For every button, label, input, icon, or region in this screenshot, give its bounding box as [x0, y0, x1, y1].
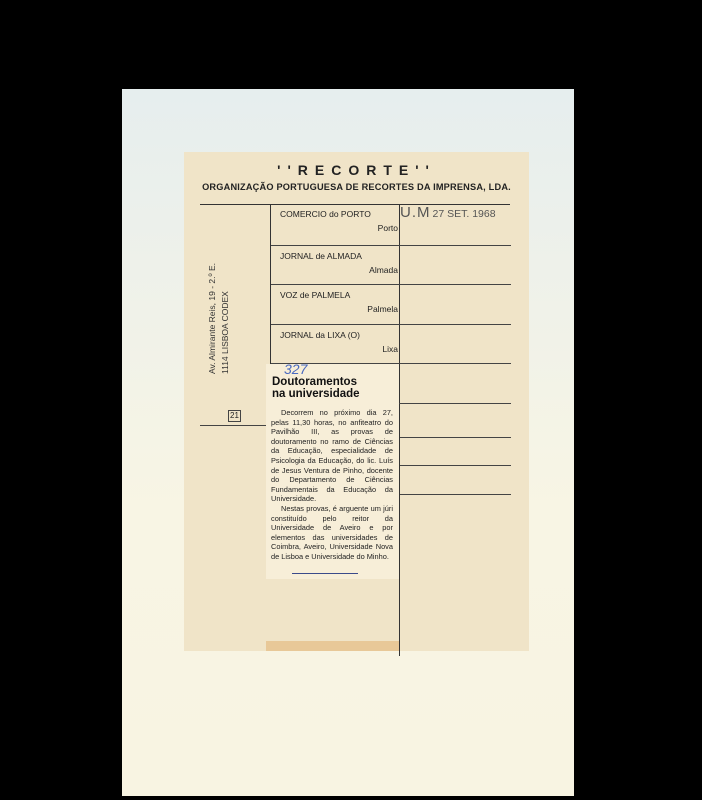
- left-column-rule: [200, 425, 270, 426]
- clipping-body: Decorrem no próximo dia 27, pelas 11,30 …: [271, 408, 393, 562]
- newspaper-city: Almada: [369, 265, 398, 275]
- newspaper-name: VOZ de PALMELA: [280, 290, 350, 300]
- recorte-card: ''RECORTE'' ORGANIZAÇÃO PORTUGUESA DE RE…: [184, 152, 529, 651]
- handwritten-date: U.M27 SET. 1968: [400, 204, 496, 221]
- address-line-1: Av. Almirante Reis, 19 - 2.º E.: [206, 263, 219, 374]
- headline-line-2: na universidade: [272, 388, 360, 400]
- stamp-number: 21: [228, 410, 241, 422]
- clipping-paragraph: Decorrem no próximo dia 27, pelas 11,30 …: [271, 408, 393, 504]
- newspaper-clipping: 327 Doutoramentos na universidade Decorr…: [266, 364, 399, 579]
- right-column-divider: [399, 204, 400, 656]
- newspaper-city: Porto: [378, 223, 398, 233]
- newspaper-row: COMERCIO do PORTO Porto: [280, 204, 398, 245]
- clipping-paragraph: Nestas provas, é arguente um júri consti…: [271, 504, 393, 562]
- headline-line-1: Doutoramentos: [272, 376, 360, 388]
- newspaper-row: JORNAL da LIXA (O) Lixa: [280, 325, 398, 366]
- row-rule: [400, 437, 511, 438]
- clipping-number: 327: [284, 361, 307, 377]
- clipping-headline: Doutoramentos na universidade: [272, 376, 360, 400]
- header-subtitle: ORGANIZAÇÃO PORTUGUESA DE RECORTES DA IM…: [184, 182, 529, 192]
- date-stamp: 27 SET. 1968: [433, 208, 496, 220]
- newspaper-city: Palmela: [367, 304, 398, 314]
- newspaper-row: VOZ de PALMELA Palmela: [280, 285, 398, 326]
- newspaper-city: Lixa: [382, 344, 398, 354]
- address-line-2: 1114 LISBOA CODEX: [219, 263, 232, 374]
- row-rule: [400, 494, 511, 495]
- newspaper-name: JORNAL da LIXA (O): [280, 330, 360, 340]
- handwritten-initials: U.M: [400, 204, 431, 221]
- newspaper-row: JORNAL de ALMADA Almada: [280, 246, 398, 287]
- address-block: Av. Almirante Reis, 19 - 2.º E. 1114 LIS…: [206, 263, 232, 374]
- handwritten-underline: [292, 573, 358, 574]
- newspaper-name: COMERCIO do PORTO: [280, 209, 371, 219]
- newspaper-name: JORNAL de ALMADA: [280, 251, 362, 261]
- row-rule: [400, 465, 511, 466]
- header-title: ''RECORTE'': [184, 162, 529, 178]
